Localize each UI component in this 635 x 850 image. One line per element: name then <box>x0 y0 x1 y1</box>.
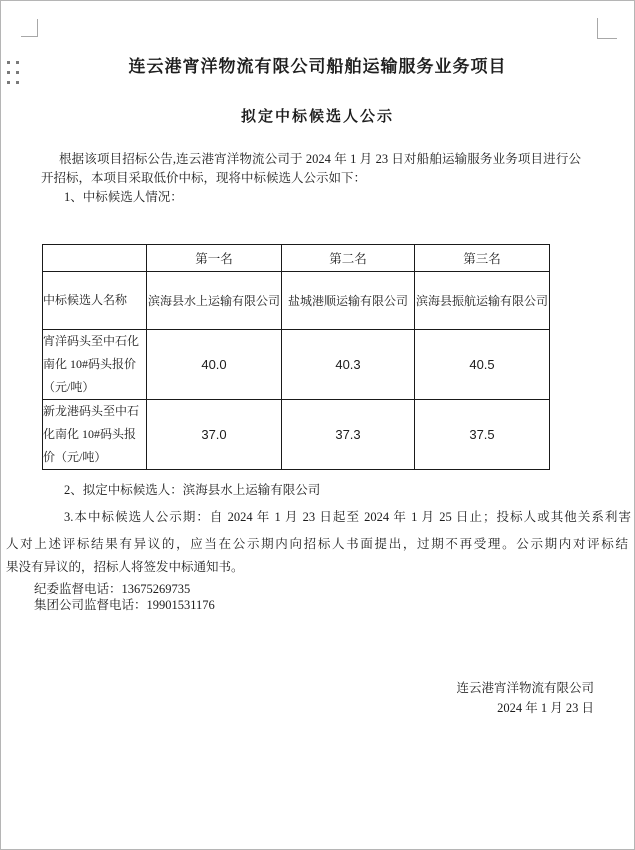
header-rank-3: 第三名 <box>415 245 550 272</box>
page-title: 连云港宵洋物流有限公司船舶运输服务业务项目 <box>1 57 634 77</box>
price-xinlonggang-3: 37.5 <box>415 400 550 470</box>
price-xiaoyang-2: 40.3 <box>282 330 415 400</box>
row-label-candidate-name: 中标候选人名称 <box>43 272 147 330</box>
table-row-price-xinlonggang: 新龙港码头至中石化南化 10#码头报价（元/吨） 37.0 37.3 37.5 <box>43 400 550 470</box>
header-rank-1: 第一名 <box>147 245 282 272</box>
document-page: 连云港宵洋物流有限公司船舶运输服务业务项目 拟定中标候选人公示 根据该项目招标公… <box>0 0 635 850</box>
candidate-1-name: 滨海县水上运输有限公司 <box>147 272 282 330</box>
candidate-3-name: 滨海县振航运输有限公司 <box>415 272 550 330</box>
price-xiaoyang-1: 40.0 <box>147 330 282 400</box>
price-xinlonggang-2: 37.3 <box>282 400 415 470</box>
group-phone-line: 集团公司监督电话：19901531176 <box>34 598 215 613</box>
paragraph1-line2: 开招标，本项目采取低价中标，现将中标候选人公示如下： <box>41 171 366 186</box>
table-row-price-xiaoyang: 宵洋码头至中石化南化 10#码头报价（元/吨） 40.0 40.3 40.5 <box>43 330 550 400</box>
signature-company: 连云港宵洋物流有限公司 <box>456 681 594 696</box>
table-corner-cell <box>43 245 147 272</box>
table-row-candidate-names: 中标候选人名称 滨海县水上运输有限公司 盐城港顺运输有限公司 滨海县振航运输有限… <box>43 272 550 330</box>
list-item-2: 2、拟定中标候选人：滨海县水上运输有限公司 <box>64 483 320 498</box>
page-subtitle: 拟定中标候选人公示 <box>1 108 634 126</box>
discipline-phone-line: 纪委监督电话：13675269735 <box>34 582 190 597</box>
list-item-3-line2: 人对上述评标结果有异议的，应当在公示期内向招标人书面提出，过期不再受理。公示期内… <box>6 537 628 552</box>
row-label-price-xiaoyang: 宵洋码头至中石化南化 10#码头报价（元/吨） <box>43 330 147 400</box>
list-item-3-line1: 3.本中标候选人公示期：自 2024 年 1 月 23 日起至 2024 年 1… <box>64 510 631 525</box>
price-xinlonggang-1: 37.0 <box>147 400 282 470</box>
bid-candidates-table: 第一名 第二名 第三名 中标候选人名称 滨海县水上运输有限公司 盐城港顺运输有限… <box>42 244 550 470</box>
list-item-1: 1、中标候选人情况： <box>64 190 183 205</box>
row-label-price-xinlonggang: 新龙港码头至中石化南化 10#码头报价（元/吨） <box>43 400 147 470</box>
candidate-2-name: 盐城港顺运输有限公司 <box>282 272 415 330</box>
paragraph1-line1: 根据该项目招标公告,连云港宵洋物流公司于 2024 年 1 月 23 日对船舶运… <box>59 152 581 167</box>
price-xiaoyang-3: 40.5 <box>415 330 550 400</box>
signature-date: 2024 年 1 月 23 日 <box>497 701 594 716</box>
table-header-row: 第一名 第二名 第三名 <box>43 245 550 272</box>
list-item-3-line3: 果没有异议的，招标人将签发中标通知书。 <box>6 560 244 575</box>
header-rank-2: 第二名 <box>282 245 415 272</box>
